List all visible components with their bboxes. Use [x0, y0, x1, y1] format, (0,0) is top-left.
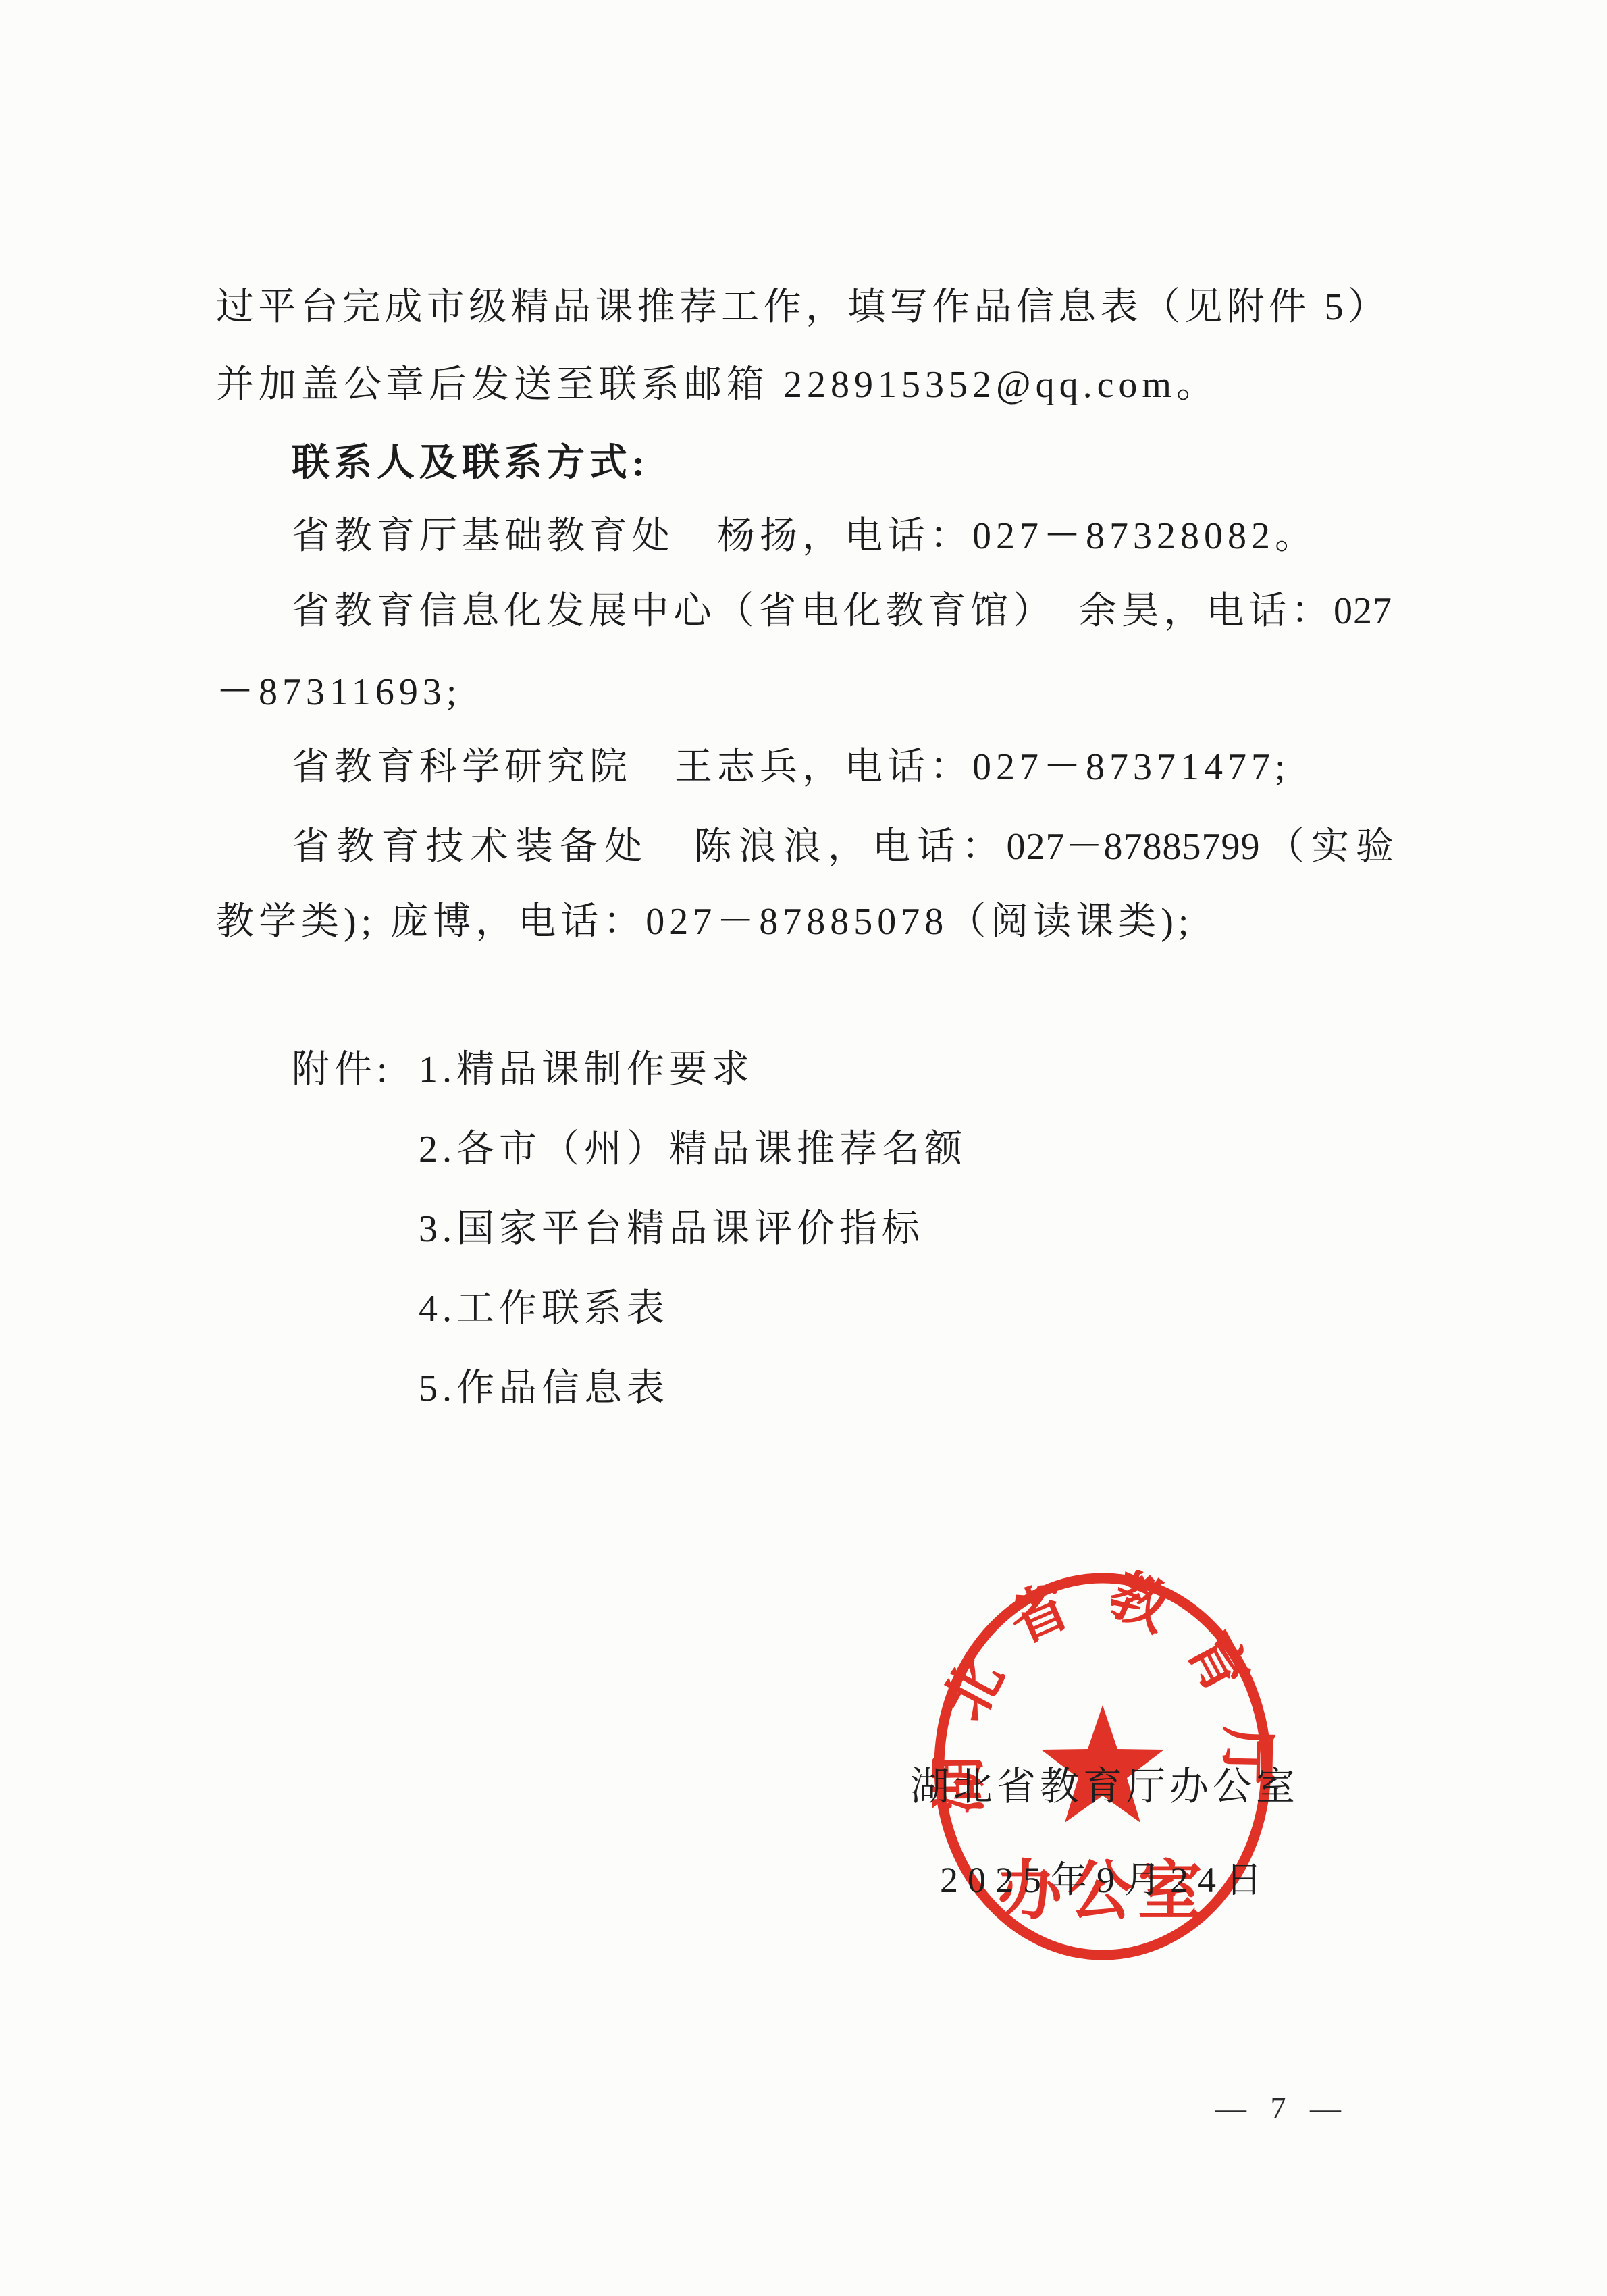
body-line: 省教育厅基础教育处 杨扬，电话：027－87328082。 — [292, 512, 1317, 560]
body-line: －87311693; — [216, 668, 461, 716]
body-line: 过平台完成市级精品课推荐工作，填写作品信息表（见附件 5） — [216, 283, 1386, 332]
signature-date: 2025年9月24日 — [940, 1856, 1271, 1904]
attachments-label: 附件: — [292, 1045, 392, 1094]
attachment-item: 5.作品信息表 — [419, 1364, 669, 1413]
page-number: — 7 — — [1215, 2089, 1349, 2127]
body-line: 教学类); 庞博，电话：027－87885078（阅读课类); — [216, 897, 1193, 946]
body-line: 省教育信息化发展中心（省电化教育馆） 余昊，电话：027 — [292, 587, 1392, 635]
signature-org: 湖北省教育厅办公室 — [910, 1760, 1299, 1814]
attachment-item: 2.各市（州）精品课推荐名额 — [419, 1125, 967, 1174]
attachment-item: 3.国家平台精品课评价指标 — [419, 1205, 924, 1253]
section-heading: 联系人及联系方式: — [292, 439, 650, 488]
body-line: 并加盖公章后发送至联系邮箱 228915352@qq.com。 — [216, 361, 1219, 409]
document-page: 过平台完成市级精品课推荐工作，填写作品信息表（见附件 5） 并加盖公章后发送至联… — [0, 0, 1607, 2296]
body-line: 省教育技术装备处 陈浪浪，电话：027－87885799（实验 — [292, 823, 1394, 871]
attachment-item: 4.工作联系表 — [419, 1284, 669, 1333]
attachment-item: 1.精品课制作要求 — [419, 1045, 754, 1094]
body-line: 省教育科学研究院 王志兵，电话：027－87371477; — [292, 743, 1290, 791]
